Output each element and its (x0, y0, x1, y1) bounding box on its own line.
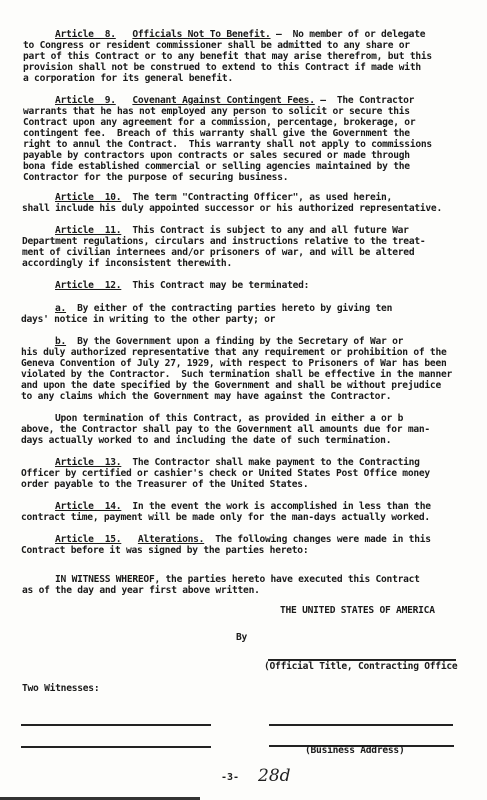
contractor-signature-line[interactable] (269, 724, 453, 726)
article-14-text: In the event the work is accomplished in… (121, 501, 430, 512)
article-11-text: This Contract is subject to any and all … (121, 225, 408, 236)
article-8-line: a corporation for its general benefit. (23, 74, 233, 85)
article-10-heading: Article 10. (55, 192, 121, 203)
article-14-heading: Article 14. (55, 501, 121, 512)
termination-line: days actually worked to and including th… (21, 436, 391, 447)
article-13-line: order payable to the Treasurer of the Un… (21, 480, 308, 491)
clause-b-text: By the Government upon a finding by the … (66, 336, 403, 347)
article-13-text: The Contractor shall make payment to the… (121, 457, 419, 468)
article-8-title: Officials Not To Benefit. (132, 29, 270, 40)
page-number: -3- (221, 772, 239, 783)
official-title-label: (Official Title, Contracting Office (264, 662, 457, 673)
business-address-label: (Business Address) (305, 746, 404, 757)
article-9-title: Covenant Against Contingent Fees. (132, 95, 314, 106)
witness-2-signature-line[interactable] (21, 746, 211, 748)
article-13-heading: Article 13. (55, 457, 121, 468)
article-15-line: Contract before it was signed by the par… (21, 546, 308, 557)
handwritten-note: 28d (258, 766, 291, 786)
article-9-line: Contractor for the purpose of securing b… (23, 173, 288, 184)
article-15-heading: Article 15. (55, 534, 121, 545)
article-8-text: — No member of or delegate (271, 29, 426, 40)
article-11-heading: Article 11. (55, 225, 121, 236)
article-10-line: shall include his duly appointed success… (22, 204, 442, 215)
article-9-heading: Article 9. (55, 95, 116, 106)
article-11-line: accordingly if inconsistent therewith. (22, 259, 232, 270)
article-12-text: This Contract may be terminated: (121, 280, 309, 291)
clause-a-text: By either of the contracting parties her… (66, 303, 392, 314)
by-label: By (236, 633, 247, 644)
article-12-heading-line: Article 12. This Contract may be termina… (55, 281, 309, 292)
clause-b-line: to any claims which the Government may h… (21, 392, 391, 403)
article-15-text: The following changes were made in this (204, 534, 431, 545)
clause-a-label: a. (55, 303, 66, 314)
article-8-heading: Article 8. (55, 29, 116, 40)
clause-a-line: days' notice in writing to the other par… (21, 315, 275, 326)
party-name: THE UNITED STATES OF AMERICA (280, 606, 435, 617)
article-14-line: contract time, payment will be made only… (21, 513, 430, 524)
article-12-heading: Article 12. (55, 280, 121, 291)
clause-b-label: b. (55, 336, 66, 347)
article-10-text: The term "Contracting Officer", as used … (121, 192, 392, 203)
article-15-title: Alterations. (138, 534, 204, 545)
witness-1-signature-line[interactable] (21, 724, 211, 726)
witnesses-label: Two Witnesses: (22, 684, 99, 695)
witness-line: as of the day and year first above writt… (22, 586, 260, 597)
article-9-text: — The Contractor (315, 95, 414, 106)
